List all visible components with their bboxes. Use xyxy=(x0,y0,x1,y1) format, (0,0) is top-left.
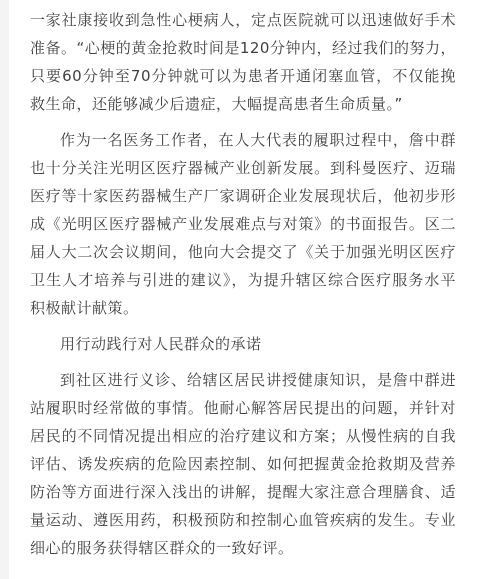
paragraph-emergency-rescue: 一家社康接收到急性心梗病人，定点医院就可以迅速做好手术准备。“心梗的黄金抢救时间… xyxy=(30,6,456,118)
article-body: 一家社康接收到急性心梗病人，定点医院就可以迅速做好手术准备。“心梗的黄金抢救时间… xyxy=(30,0,456,570)
paragraph-industry-research: 作为一名医务工作者，在人大代表的履职过程中，詹中群也十分关注光明区医疗器械产业创… xyxy=(30,126,456,322)
page-left-gutter xyxy=(0,0,9,579)
section-subheading-commitment: 用行动践行对人民群众的承诺 xyxy=(30,330,456,358)
paragraph-community-service: 到社区进行义诊、给辖区居民讲授健康知识，是詹中群进站履职时经常做的事情。他耐心解… xyxy=(30,366,456,562)
